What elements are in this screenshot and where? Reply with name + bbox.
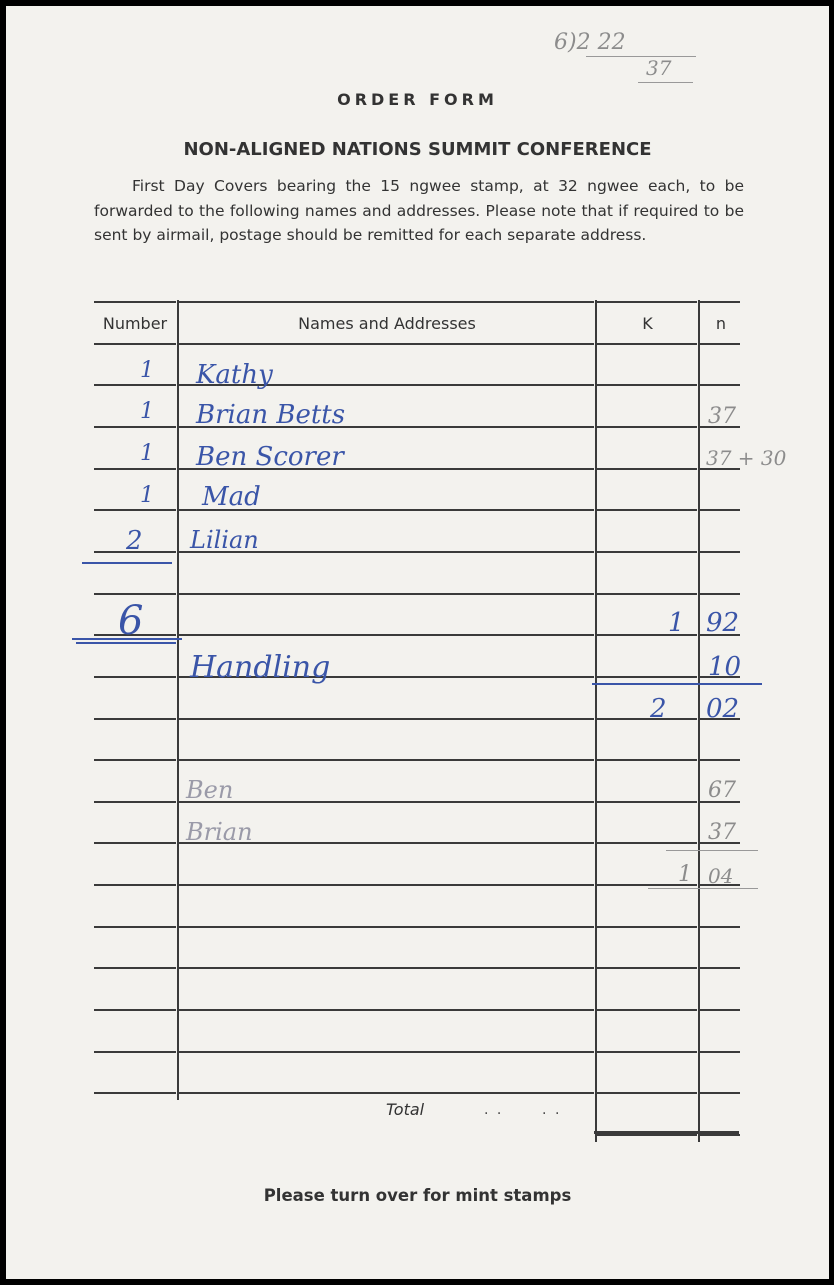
order-form-page: 6)2 22 37 ORDER FORM NON-ALIGNED NATIONS…	[6, 6, 829, 1279]
row-n: 10	[708, 652, 741, 682]
rule-line	[597, 384, 697, 386]
rule-line	[597, 676, 697, 678]
row-n: 04	[708, 864, 733, 888]
rule-line	[597, 426, 697, 428]
rule-line	[700, 1051, 740, 1053]
total-n-box-bottom	[699, 1131, 739, 1134]
row-name: Brian Betts	[196, 400, 345, 430]
row-number: 1	[140, 399, 154, 424]
total-leader-dots: . . . .	[484, 1102, 561, 1118]
rule-line	[94, 384, 176, 386]
rule-line	[597, 551, 697, 553]
rule-line	[94, 1009, 176, 1011]
rule-line	[597, 1051, 697, 1053]
rule-line	[700, 1092, 740, 1094]
rule-line	[179, 884, 594, 886]
rule-line	[179, 1092, 594, 1094]
row-name: Ben Scorer	[196, 442, 344, 472]
rule-line	[94, 426, 176, 428]
rule-line	[94, 1051, 176, 1053]
rule-line	[179, 967, 594, 969]
rule-line	[700, 926, 740, 928]
rule-line	[179, 343, 594, 345]
rule-line	[94, 718, 176, 720]
rule-line	[179, 926, 594, 928]
rule-line	[94, 801, 176, 803]
row-name: Kathy	[196, 360, 273, 390]
rule-line	[700, 759, 740, 761]
count-double-underline-2	[76, 642, 176, 644]
rule-line	[597, 1009, 697, 1011]
rule-line	[94, 1092, 176, 1094]
row-n: 02	[706, 694, 739, 724]
rule-line	[700, 301, 740, 303]
row-number: 1	[140, 441, 154, 466]
rule-line	[597, 468, 697, 470]
column-divider-number	[177, 300, 179, 1100]
rule-line	[700, 1009, 740, 1011]
rule-line	[597, 343, 697, 345]
handling-sum-line	[592, 683, 762, 685]
rule-line	[700, 509, 740, 511]
page-title: ORDER FORM	[6, 90, 829, 109]
rule-line	[179, 1009, 594, 1011]
total-k-box-bottom	[594, 1131, 698, 1134]
row-number: 1	[140, 358, 154, 383]
turn-over-note: Please turn over for mint stamps	[6, 1186, 829, 1205]
rule-line	[179, 634, 594, 636]
rule-line	[94, 842, 176, 844]
rule-line	[597, 842, 697, 844]
subtotal-underline-number	[82, 562, 172, 564]
rule-line	[179, 1051, 594, 1053]
column-header-names: Names and Addresses	[179, 314, 595, 333]
rule-line	[597, 759, 697, 761]
rule-line	[94, 593, 176, 595]
annotation-line2: 37	[646, 56, 671, 80]
rule-line	[179, 301, 594, 303]
rule-line	[700, 551, 740, 553]
page-subtitle: NON-ALIGNED NATIONS SUMMIT CONFERENCE	[6, 139, 829, 160]
rule-line	[597, 1092, 697, 1094]
rule-line	[94, 884, 176, 886]
row-n: 37	[708, 820, 736, 845]
column-header-k: K	[597, 314, 698, 333]
row-name: Lilian	[190, 526, 259, 554]
rule-line	[700, 593, 740, 595]
rule-line	[597, 301, 697, 303]
count-double-underline	[72, 638, 182, 640]
row-number: 1	[140, 483, 154, 508]
rule-line	[94, 468, 176, 470]
rule-line	[94, 301, 176, 303]
row-k: 2	[650, 694, 667, 724]
row-name: Mad	[202, 482, 261, 512]
pencil-annotation-top: 6)2 22	[554, 30, 626, 55]
row-n: 92	[706, 608, 739, 638]
rule-line	[179, 759, 594, 761]
row-name: Handling	[190, 650, 330, 685]
rule-line	[179, 718, 594, 720]
row-name: Brian	[186, 818, 253, 846]
rule-line	[94, 509, 176, 511]
row-name: Ben	[186, 776, 233, 804]
row-k: 1	[678, 862, 692, 887]
rule-line	[597, 1134, 697, 1136]
rule-line	[179, 593, 594, 595]
rule-line	[597, 926, 697, 928]
row-k: 1	[668, 608, 685, 638]
row-n: 37	[708, 404, 736, 429]
pencil-total-underline	[648, 888, 758, 889]
pencil-annotation-bottom: 37	[646, 56, 671, 80]
rule-line	[94, 676, 176, 678]
annotation-line1: 6)2 22	[554, 30, 626, 55]
rule-line	[597, 509, 697, 511]
column-header-number: Number	[94, 314, 176, 333]
rule-line	[597, 593, 697, 595]
rule-line	[179, 801, 594, 803]
rule-line	[700, 384, 740, 386]
rule-line	[597, 801, 697, 803]
rule-line	[700, 343, 740, 345]
annotation-divider	[586, 56, 696, 57]
pencil-sum-line	[666, 850, 758, 851]
rule-line	[94, 759, 176, 761]
row-number: 2	[126, 526, 143, 556]
rule-line	[597, 718, 697, 720]
rule-line	[94, 926, 176, 928]
total-label: Total	[386, 1100, 424, 1119]
intro-paragraph: First Day Covers bearing the 15 ngwee st…	[94, 174, 744, 248]
rule-line	[94, 967, 176, 969]
annotation-underline	[638, 82, 693, 83]
row-n: 37 + 30	[706, 446, 786, 470]
column-header-n: n	[700, 314, 742, 333]
rule-line	[597, 967, 697, 969]
rule-line	[94, 343, 176, 345]
rule-line	[700, 967, 740, 969]
rule-line	[700, 1134, 740, 1136]
row-n: 67	[708, 778, 736, 803]
